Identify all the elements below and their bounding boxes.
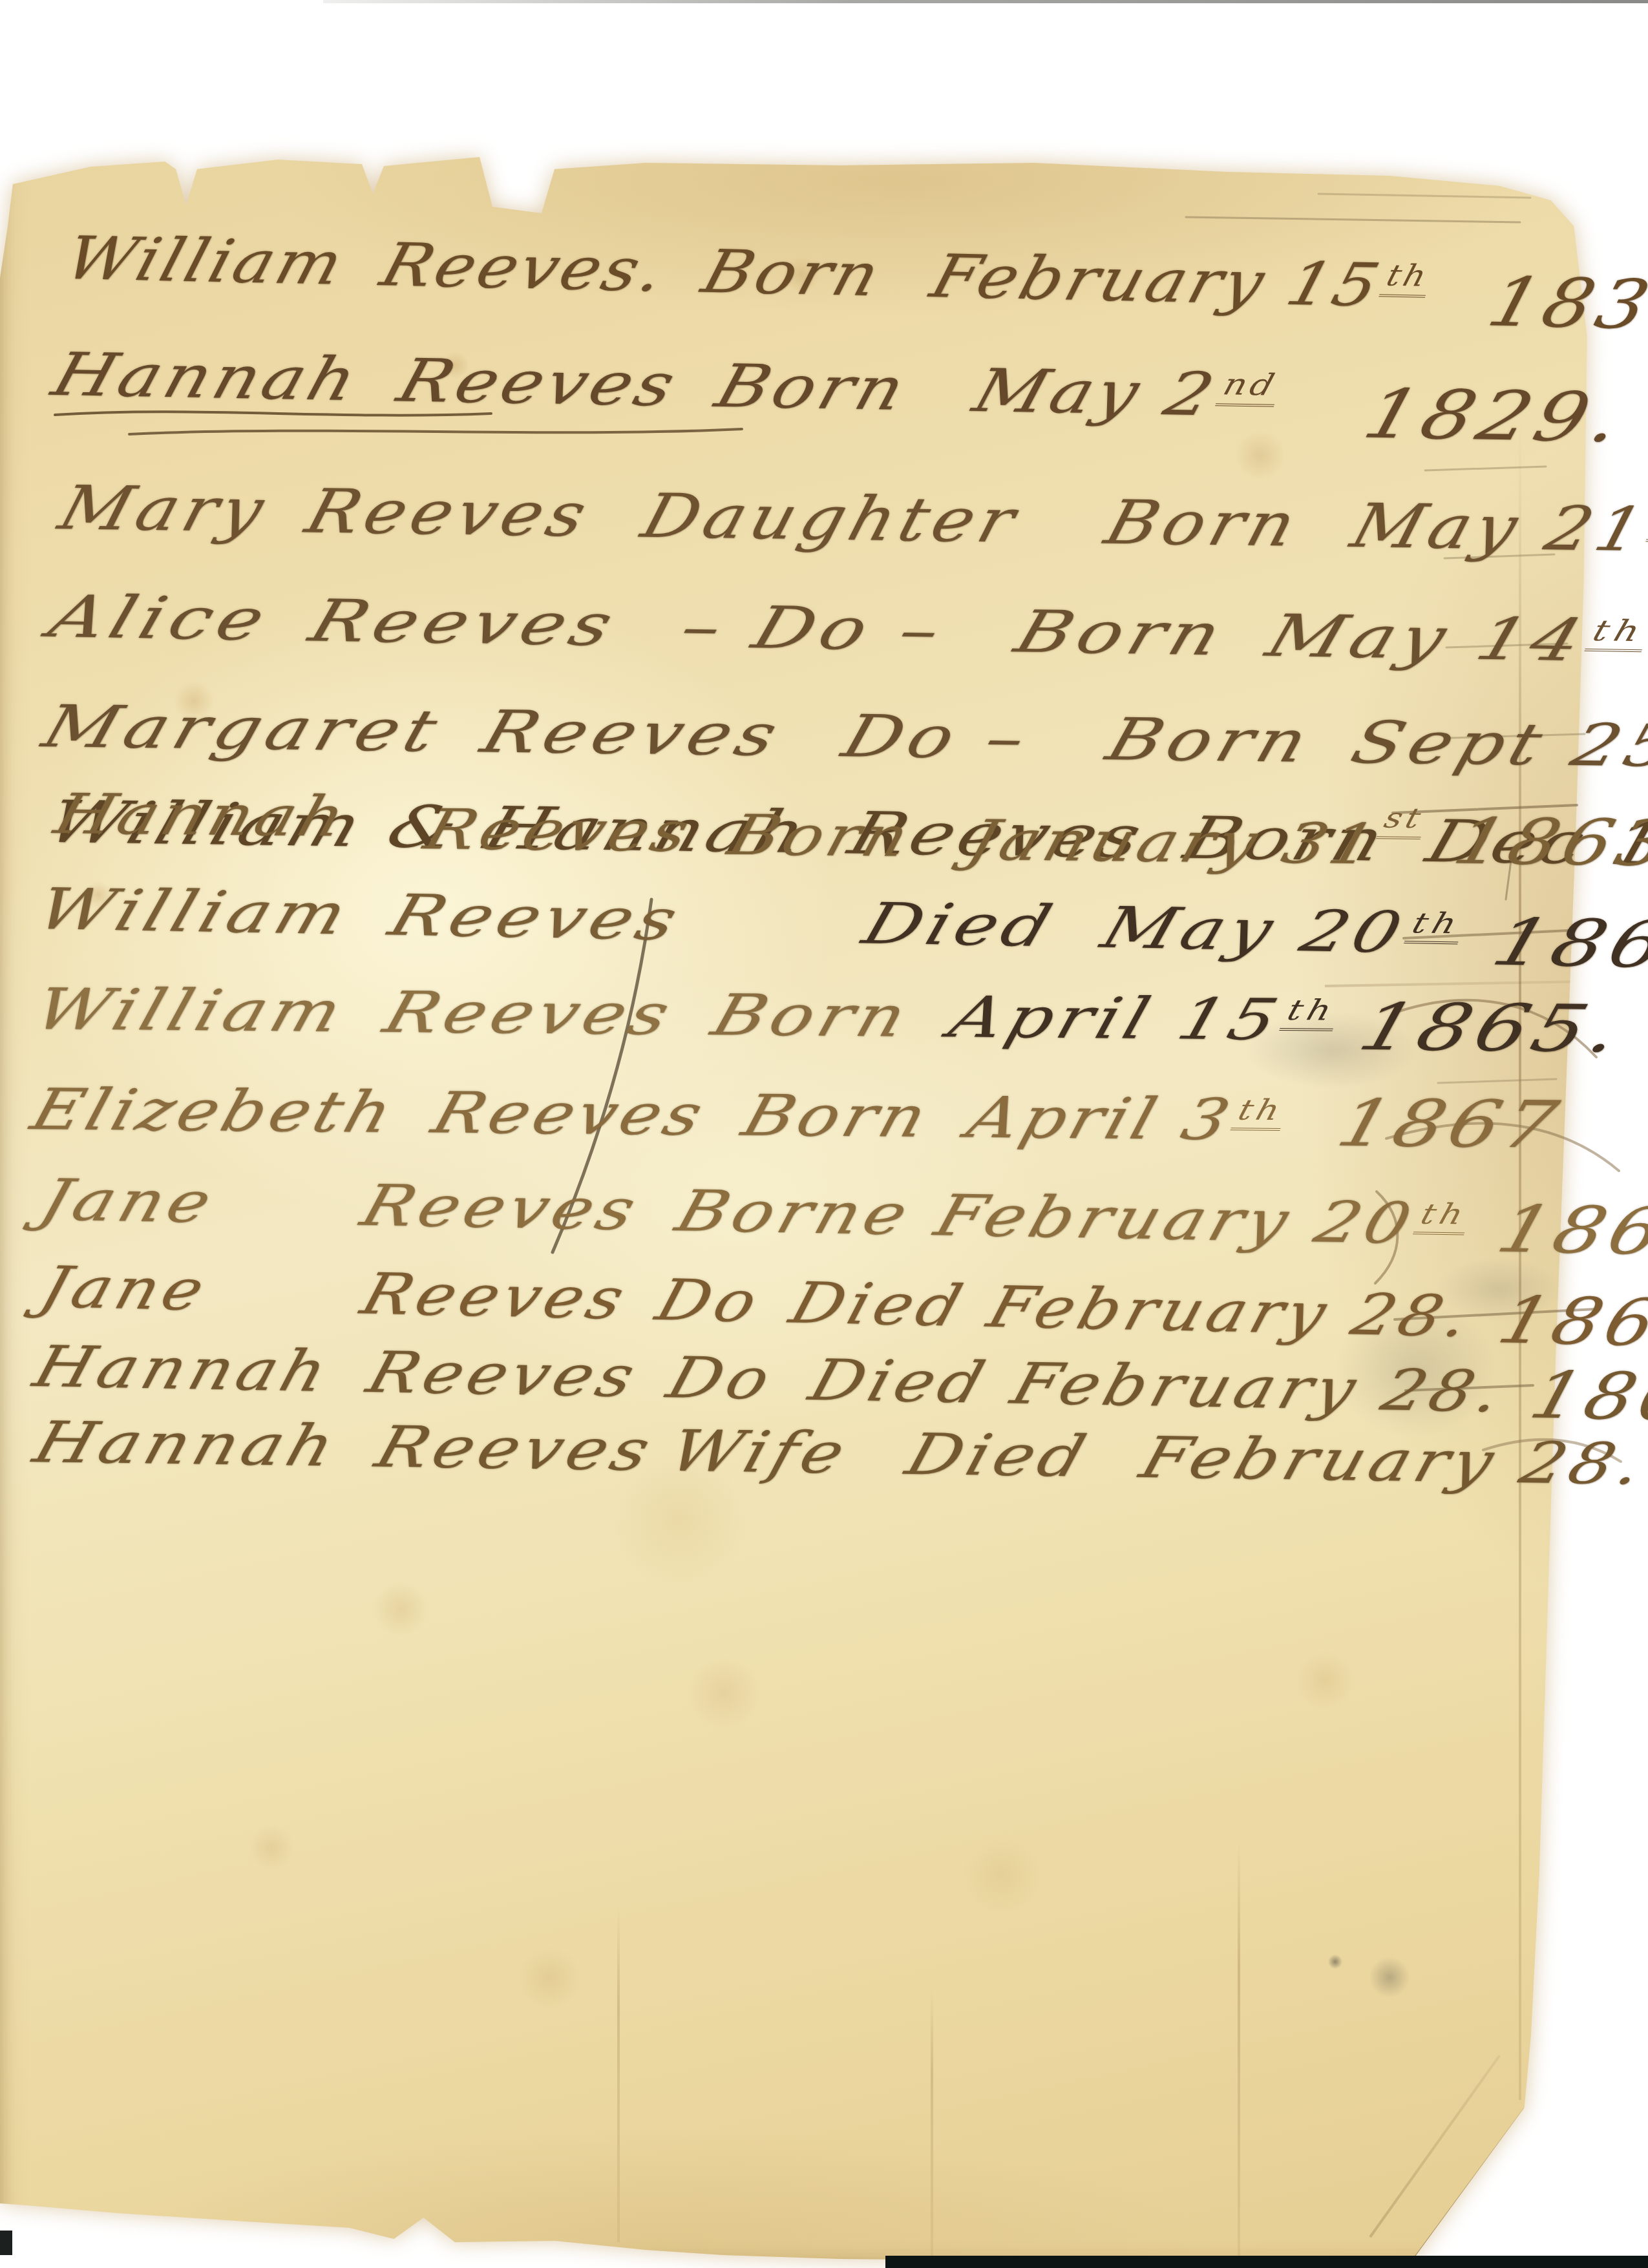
fold-crease-3 [1238, 1842, 1240, 2262]
entry-ordinal: th [1280, 992, 1344, 1031]
entry-surname: Reeves [301, 585, 627, 662]
entry-event: Born [721, 801, 920, 872]
entry-surname: Reeves. [373, 228, 675, 308]
entry-ordinal: th [1413, 1197, 1475, 1235]
entry-relation: Daughter [633, 479, 1028, 560]
entry-first-name: Jane [32, 1164, 224, 1238]
scanner-bottom-strip [885, 2256, 1648, 2268]
entry-event: Borne [668, 1175, 920, 1250]
entry-event: Born [1098, 704, 1321, 779]
entry-date: April 3 [959, 1082, 1241, 1155]
entry-relation: Do [659, 1342, 782, 1414]
entry-year: 1863. [1445, 803, 1648, 884]
entry-ordinal: th [1404, 905, 1469, 944]
entry-first-name: Hannah [47, 780, 357, 852]
entry-first-name: Mary [51, 470, 277, 549]
entry-first-name: Elizebeth [23, 1074, 404, 1148]
entry-ordinal: th [1231, 1093, 1291, 1131]
entry-date: May 14 [1258, 600, 1596, 678]
entry-surname: Reeves [297, 474, 599, 554]
scanner-top-edge-line [323, 0, 1648, 3]
entry-date: February 28. [980, 1272, 1481, 1352]
entry-first-name: Hannah [44, 337, 369, 417]
entry-surname: Reeves [359, 1337, 646, 1412]
corner-fold-crease [1408, 2108, 1525, 2267]
entry-surname: Reeves [417, 795, 701, 867]
entry-event: Born [704, 980, 920, 1052]
entry-relation: Do – [834, 700, 1041, 775]
entry-event: Born [708, 349, 917, 426]
entry-relation: Wife [662, 1416, 858, 1489]
entry-event: Died [802, 1345, 997, 1418]
entry-ordinal: nd [1215, 366, 1285, 406]
entry-first-name: Alice [40, 581, 279, 656]
entry-first-name: William [58, 221, 354, 300]
entry-date: January 31 [960, 806, 1386, 880]
entry-year: 1869 [1488, 1189, 1648, 1274]
register-line-10: ElizebethReevesBornApril 3th1867 [33, 1066, 1560, 1160]
entry-date: May 2 [966, 353, 1227, 432]
entry-date: Sept 25 [1343, 707, 1648, 783]
entry-relation: – Do – [671, 591, 955, 667]
entry-surname: Reeves [376, 977, 682, 1051]
entry-first-name: Jane [32, 1252, 217, 1326]
scanner-bottom-left-patch [0, 2231, 12, 2255]
entry-event: Died [782, 1268, 974, 1342]
entry-event: Died [898, 1419, 1098, 1492]
entry-ordinal: th [1585, 613, 1648, 652]
entry-year: 1830. [1479, 260, 1648, 350]
entry-first-name: William [29, 874, 360, 950]
entry-year: 1829. [1355, 372, 1636, 461]
entry-surname: Reeves [472, 696, 790, 772]
entry-event: Born [694, 235, 890, 312]
entry-year: 1864. [1483, 902, 1648, 987]
entry-event: Born [735, 1080, 938, 1153]
entry-event: Born [1007, 596, 1236, 672]
entry-ordinal: th [1379, 257, 1437, 298]
entry-relation: Do [648, 1265, 769, 1338]
entry-date: May 20 [1093, 892, 1415, 969]
entry-ordinal: st [1377, 801, 1431, 839]
entry-first-name: Margaret [34, 691, 450, 768]
corner-fold-crease-inner [1369, 2055, 1501, 2238]
entry-surname: Reeves [381, 880, 690, 956]
fold-crease-1 [617, 1906, 620, 2242]
entry-date: February 20 [927, 1180, 1424, 1259]
entry-date: February 28. [1132, 1422, 1648, 1500]
entry-date: April 15 [941, 982, 1290, 1055]
entry-first-name: Hannah [26, 1331, 339, 1407]
entry-surname: Reeves [425, 1078, 714, 1151]
entry-date: May 21 [1344, 488, 1648, 568]
entry-surname: Reeves [367, 1412, 662, 1486]
entry-event: Died [855, 888, 1065, 963]
fold-crease-2 [931, 1990, 933, 2262]
entry-event: Born [1097, 485, 1309, 563]
entry-date: February 15 [923, 239, 1389, 322]
entry-surname: Reeves [390, 344, 687, 423]
entry-year: 1865. [1351, 987, 1635, 1070]
entry-surname: Reeves [353, 1259, 636, 1335]
entry-year: 1867 [1328, 1083, 1571, 1166]
entry-first-name: Hannah [26, 1407, 347, 1482]
register-line-9: WilliamReevesBornApril 15th1865. [37, 966, 1623, 1061]
entry-surname: Reeves [354, 1170, 648, 1246]
entry-first-name: William [27, 974, 355, 1047]
scanned-document-page: WilliamReeves.BornFebruary 15th1830. Han… [0, 0, 1648, 2268]
